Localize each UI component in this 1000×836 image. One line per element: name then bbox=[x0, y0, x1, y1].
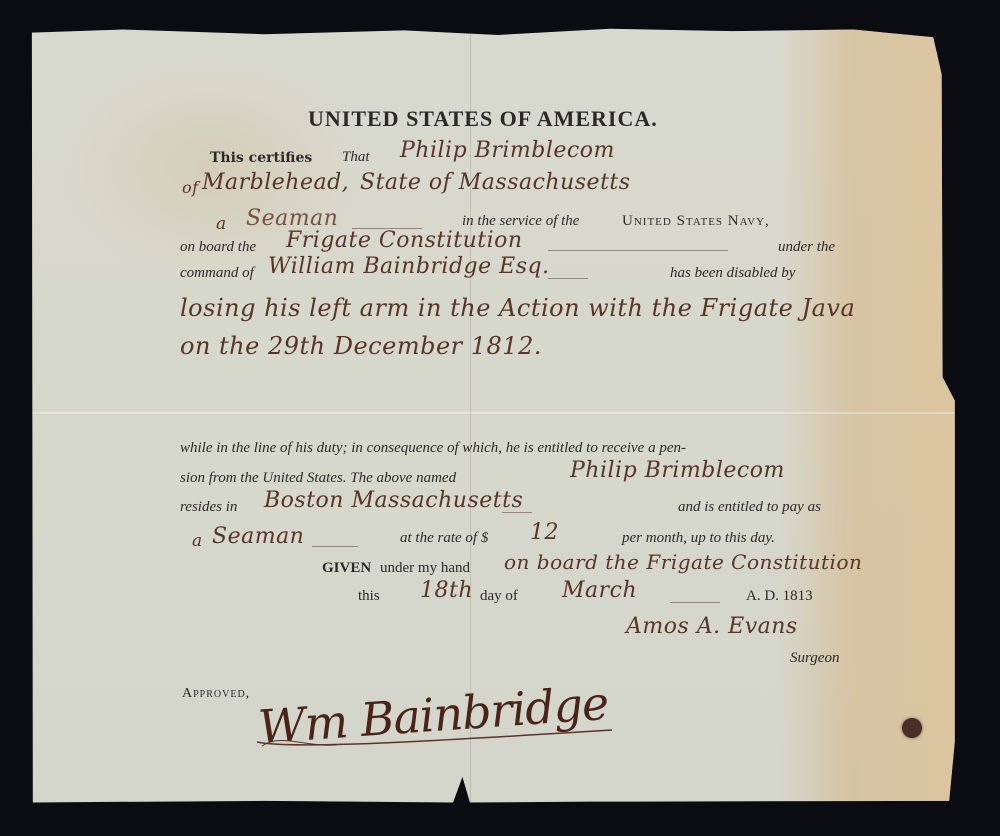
document-title: UNITED STATES OF AMERICA. bbox=[308, 106, 658, 132]
commander: William Bainbridge Esq. bbox=[268, 254, 550, 279]
approved-label: Approved, bbox=[182, 686, 250, 702]
surgeon-signature: Amos A. Evans bbox=[626, 614, 798, 639]
per-month-label: per month, up to this day. bbox=[622, 530, 775, 547]
blank-line bbox=[502, 512, 532, 513]
pay-rank: Seaman bbox=[212, 524, 304, 549]
day-value: 18th bbox=[420, 578, 473, 603]
under-the-label: under the bbox=[778, 239, 835, 256]
entitled-label: and is entitled to pay as bbox=[678, 499, 821, 516]
pay-rank-prefix: a bbox=[192, 531, 203, 551]
horizontal-fold bbox=[30, 412, 966, 415]
duty-text: while in the line of his duty; in conseq… bbox=[180, 440, 686, 457]
certificate-paper: UNITED STATES OF AMERICA. This certifies… bbox=[30, 28, 966, 804]
blank-line bbox=[312, 546, 358, 547]
given-rest: under my hand bbox=[380, 560, 470, 577]
blank-line bbox=[548, 278, 588, 279]
blank-line bbox=[670, 602, 720, 603]
of-label: of bbox=[182, 178, 199, 197]
given-location: on board the Frigate Constitution bbox=[504, 550, 862, 574]
ink-stain bbox=[902, 718, 922, 738]
resides-label: resides in bbox=[180, 499, 237, 516]
vessel: Frigate Constitution bbox=[286, 228, 523, 253]
ad-year: A. D. 1813 bbox=[746, 588, 813, 605]
month-value: March bbox=[562, 578, 637, 603]
this-label: this bbox=[358, 588, 380, 605]
certifies-label: This certifies bbox=[210, 150, 312, 166]
pension-text: sion from the United States. The above n… bbox=[180, 470, 456, 487]
rate-amount: 12 bbox=[530, 520, 559, 545]
surgeon-label: Surgeon bbox=[790, 650, 839, 667]
rank-prefix: a bbox=[216, 214, 227, 234]
that-label: That bbox=[342, 149, 370, 166]
seaman-name: Philip Brimblecom bbox=[400, 138, 615, 163]
on-board-label: on board the bbox=[180, 239, 256, 256]
given-label: GIVEN bbox=[322, 560, 371, 577]
rate-label: at the rate of $ bbox=[400, 530, 488, 547]
pension-name: Philip Brimblecom bbox=[570, 458, 785, 483]
injury-description: losing his left arm in the Action with t… bbox=[180, 294, 855, 322]
disabled-label: has been disabled by bbox=[670, 265, 795, 282]
hometown: Marblehead, bbox=[202, 170, 349, 195]
blank-line bbox=[548, 250, 728, 251]
residence: Boston Massachusetts bbox=[264, 488, 523, 513]
service-name: United States Navy, bbox=[622, 213, 770, 230]
command-of-label: command of bbox=[180, 265, 254, 282]
day-of-label: day of bbox=[480, 588, 518, 605]
injury-date: on the 29th December 1812. bbox=[180, 332, 542, 360]
state: State of Massachusetts bbox=[360, 170, 631, 195]
signature-flourish bbox=[252, 722, 612, 752]
